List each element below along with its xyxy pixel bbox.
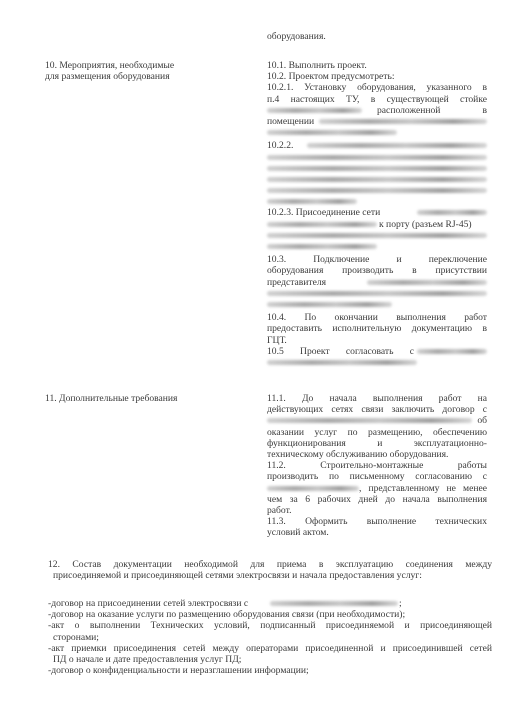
redacted-text	[417, 349, 487, 354]
bullet-item: -акт приемки присоединения сетей между о…	[48, 643, 492, 654]
item-10-3-line1: 10.3. Подключение и переключение	[267, 254, 487, 265]
redacted-text	[267, 418, 472, 423]
item-10-2: 10.2. Проектом предусмотреть:	[267, 71, 487, 82]
item-10-3-line2: оборудования производить в присутствии	[267, 265, 487, 276]
redacted-text	[267, 302, 392, 307]
redacted-text	[267, 130, 397, 135]
section-11-label: 11. Дополнительные требования	[45, 393, 245, 404]
item-10-2-1-line2: п.4 настоящих ТУ, в существующей стойке	[267, 94, 487, 105]
item-10-4-line2: предоставить исполнительную документацию…	[267, 323, 487, 334]
redacted-text	[267, 108, 362, 113]
redacted-text	[267, 233, 487, 238]
redacted-text	[267, 291, 487, 296]
section-10-content: 10.1. Выполнить проект. 10.2. Проектом п…	[267, 60, 487, 368]
bullet-item: -договор на оказание услуги по размещени…	[48, 609, 492, 620]
section-12-bullets: -договор на присоединении сетей электрос…	[48, 598, 492, 676]
section-12-heading: 12. Состав документации необходимой для …	[48, 559, 492, 570]
item-11-2-line1: 11.2. Строительно-монтажные работы	[267, 460, 487, 471]
section-11-content: 11.1. До начала выполнения работ на дейс…	[267, 393, 487, 538]
redacted-text	[270, 601, 398, 606]
redacted-text	[319, 119, 487, 124]
section-10-label: 10. Мероприятия, необходимые для размеще…	[45, 60, 245, 82]
redacted-text	[267, 155, 487, 160]
redacted-text	[267, 188, 487, 193]
redacted-text	[267, 199, 357, 204]
item-10-2-2: 10.2.2.	[267, 140, 293, 151]
redacted-text	[417, 210, 487, 215]
item-11-1-line1: 11.1. До начала выполнения работ на	[267, 393, 487, 404]
bullet-item: -договор о конфиденциальности и неразгла…	[48, 665, 492, 676]
redacted-text	[367, 280, 487, 285]
redacted-text	[267, 222, 377, 227]
redacted-text	[267, 244, 377, 249]
redacted-line: расположенной в	[267, 105, 487, 116]
item-10-1: 10.1. Выполнить проект.	[267, 60, 487, 71]
item-10-4-line1: 10.4. По окончании выполнения работ	[267, 312, 487, 323]
redacted-text	[267, 166, 487, 171]
item-10-5: 10.5 Проект согласовать с	[267, 346, 414, 357]
redacted-text	[267, 360, 417, 365]
item-10-2-3: 10.2.3. Присоединение сети	[267, 207, 380, 218]
redacted-text	[267, 486, 359, 491]
redacted-text	[307, 143, 487, 148]
bullet-item: -договор на присоединении сетей электрос…	[48, 598, 492, 609]
previous-item-continuation: оборудования.	[267, 31, 326, 42]
bullet-item: -акт о выполнении Технических условий, п…	[48, 620, 492, 631]
redacted-text	[267, 177, 487, 182]
item-10-2-1-line1: 10.2.1. Установку оборудования, указанно…	[267, 82, 487, 93]
item-11-3-line1: 11.3. Оформить выполнение технических	[267, 516, 487, 527]
section-12: 12. Состав документации необходимой для …	[48, 559, 492, 581]
